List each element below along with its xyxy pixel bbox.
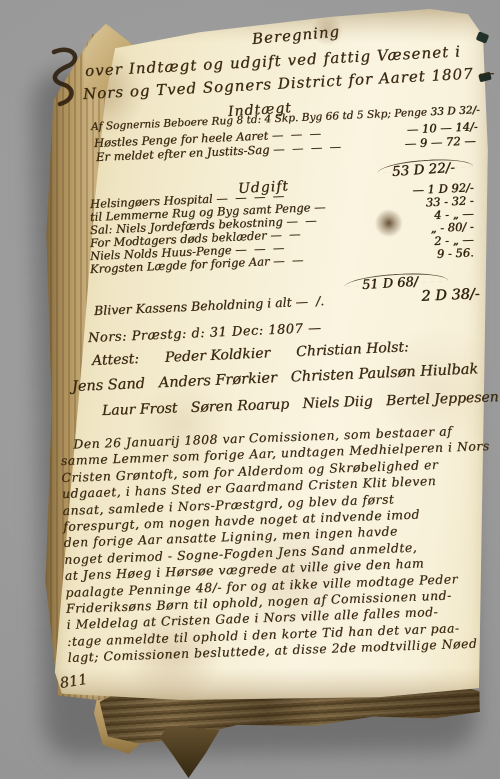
page-number: 811 — [59, 672, 89, 692]
page-title: Beregning — [251, 22, 341, 48]
balance-row: Bliver Kassens Beholdning i alt — /. 2 D… — [94, 286, 480, 319]
signature-name: Peder Koldkier — [165, 345, 271, 366]
income-row-amount: 33 D 32/- — [430, 104, 480, 118]
commission-minutes-paragraph: Den 26 Januarij 1808 var Comissionen, so… — [60, 422, 496, 666]
income-row-amount: — 9 — 72 — — [404, 133, 476, 150]
balance-amount: 2 D 38/- — [421, 286, 480, 305]
handwritten-content: Beregning over Indtægt og udgift ved fat… — [0, 0, 500, 779]
photo-of-manuscript: Beregning over Indtægt og udgift ved fat… — [0, 0, 500, 779]
signature-line: Laur Frost Søren Roarup Niels Diig Berte… — [102, 389, 499, 419]
expense-row-amount: 9 - 56. — [437, 245, 474, 261]
attestation-prefix: Attest: — [92, 351, 140, 369]
signature-name: Christian Holst: — [296, 339, 409, 360]
place-date-line: Nors: Præstg: d: 31 Dec: 1807 — — [88, 321, 322, 346]
balance-label: Bliver Kassens Beholdning i alt — /. — [94, 293, 325, 318]
